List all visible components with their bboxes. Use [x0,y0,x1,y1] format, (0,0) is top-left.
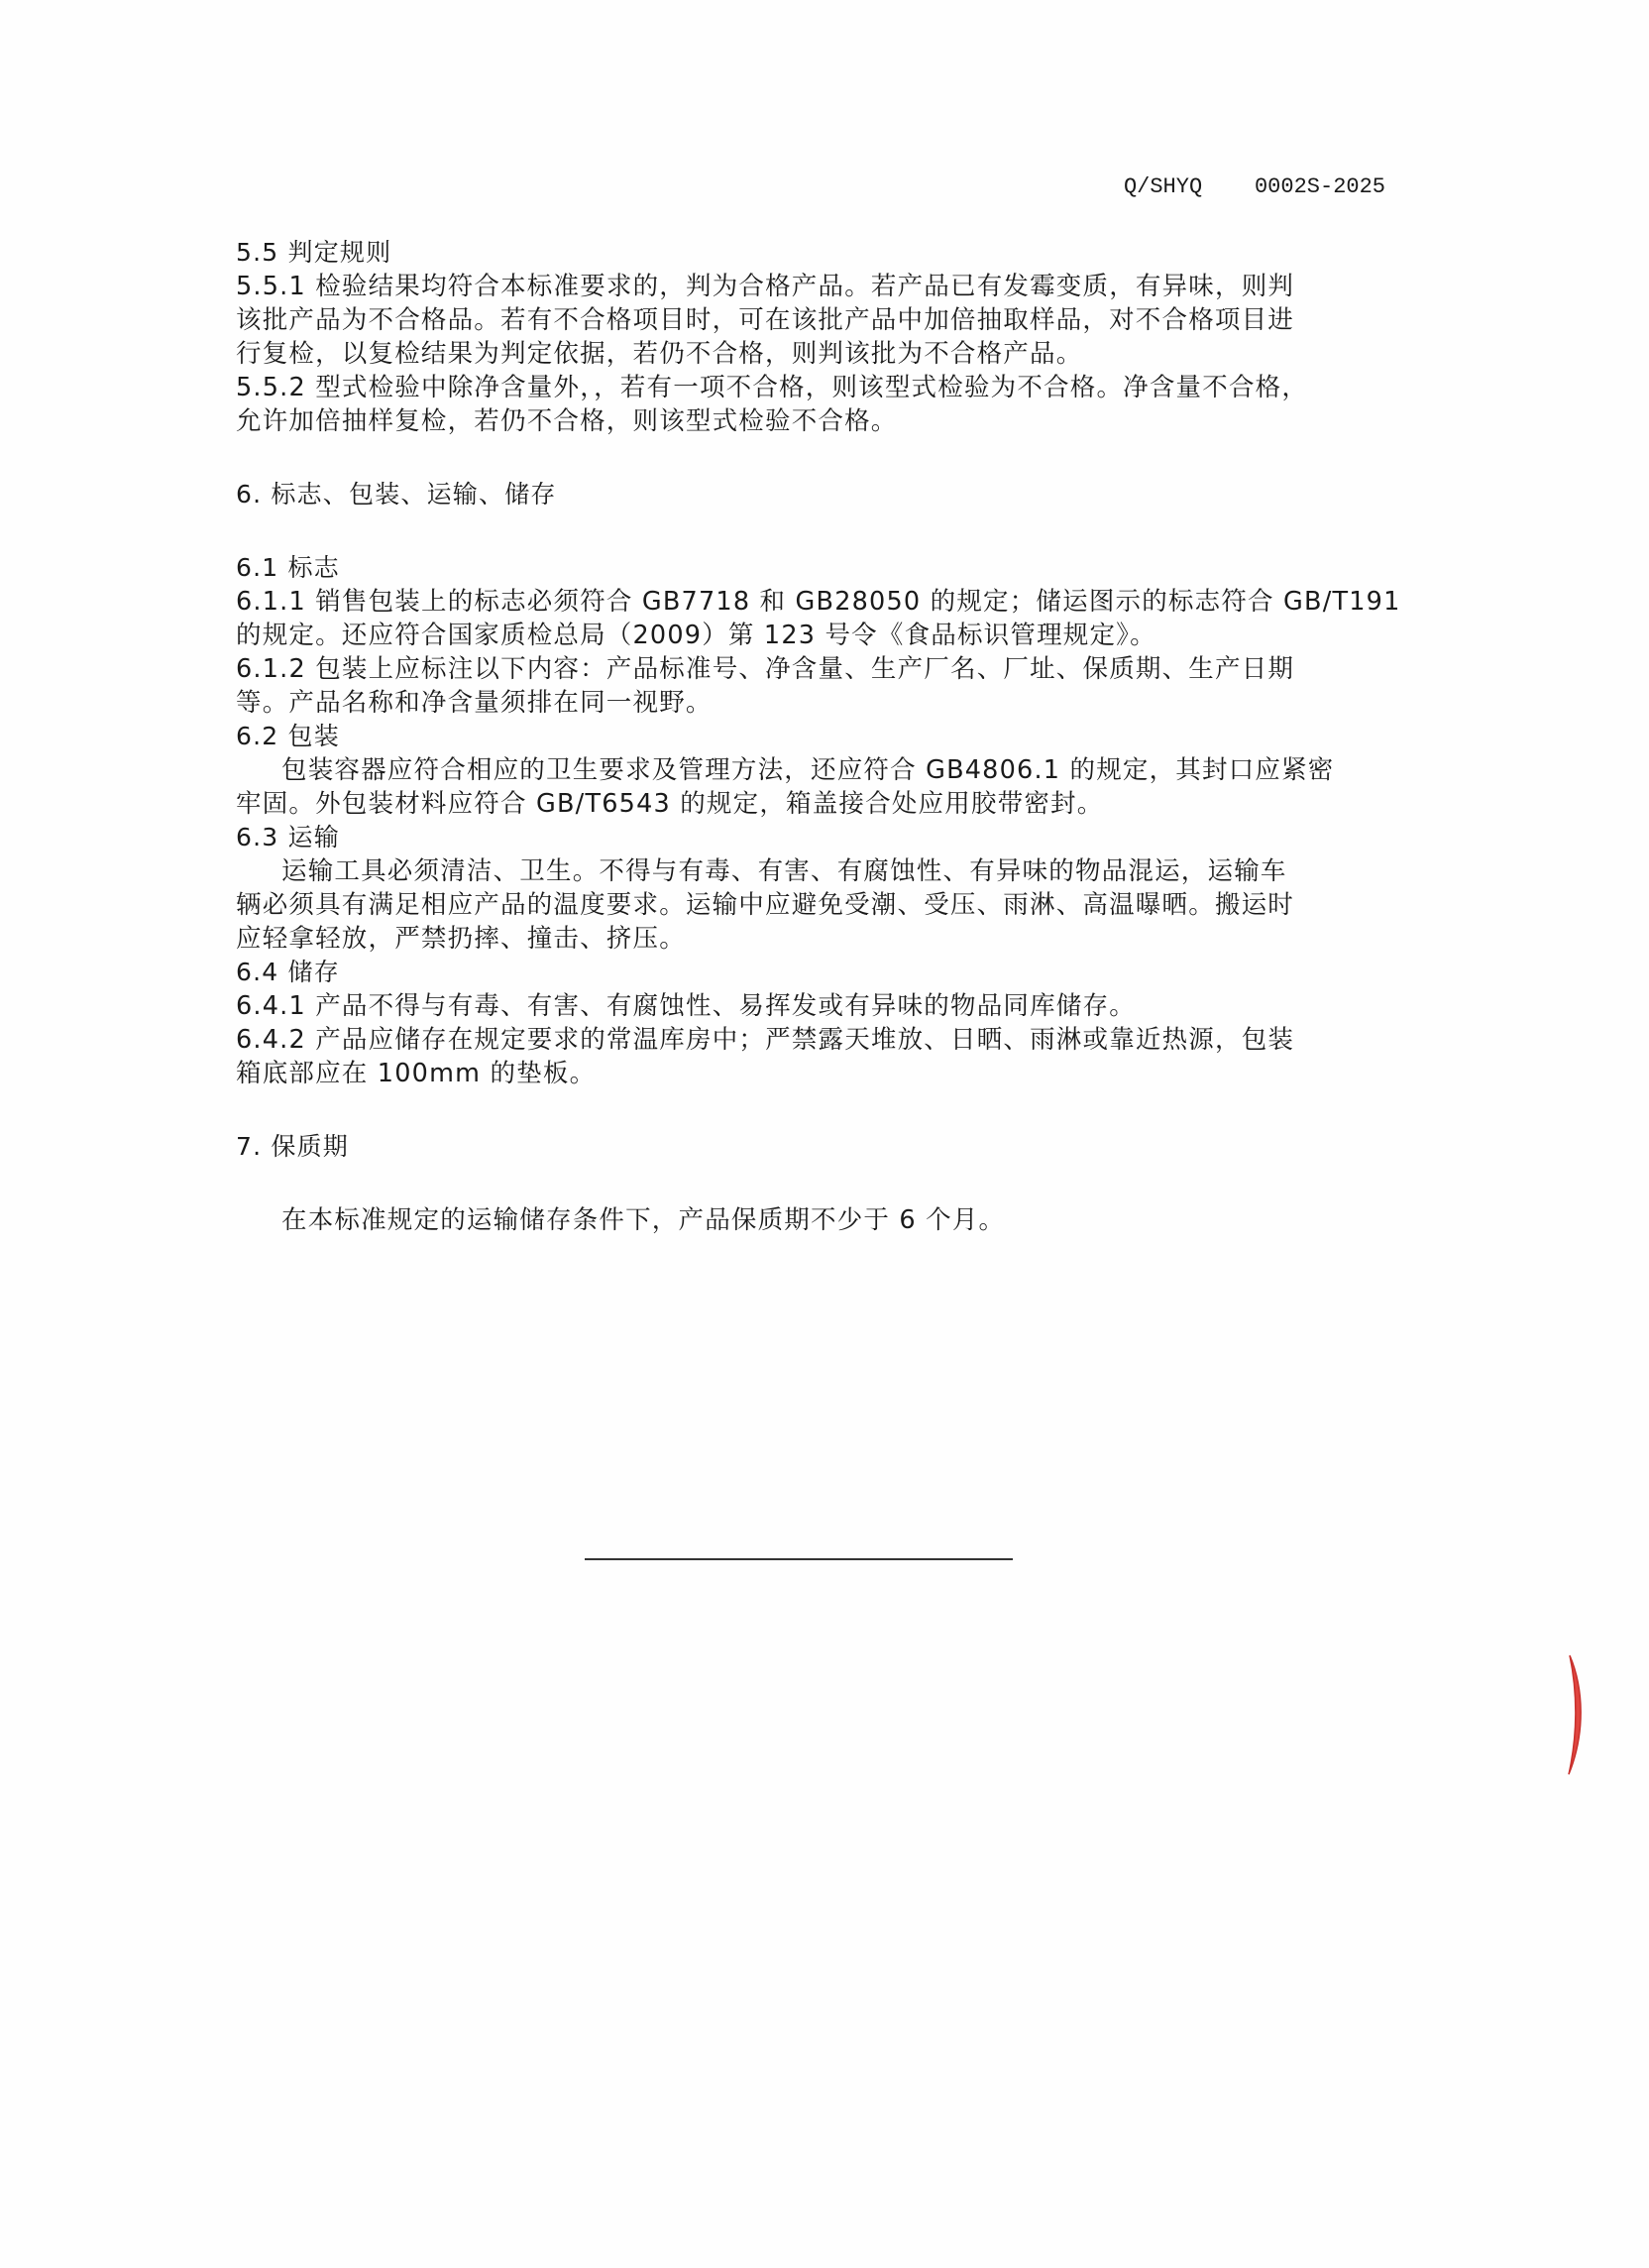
paragraph-6-3: 运输工具必须清洁、卫生。不得与有毒、有害、有腐蚀性、有异味的物品混运，运输车 辆… [236,854,1385,956]
end-of-document-rule [585,1558,1013,1560]
section-heading-6-2: 6.2 包装 [236,720,1385,753]
paragraph-5-5-1: 5.5.1 检验结果均符合本标准要求的，判为合格产品。若产品已有发霉变质，有异味… [236,270,1385,371]
text-line: 6.1.2 包装上应标注以下内容：产品标准号、净含量、生产厂名、厂址、保质期、生… [236,652,1385,686]
text-line: 的规定。还应符合国家质检总局（2009）第 123 号令《食品标识管理规定》。 [236,619,1385,652]
section-6-4: 6.4 储存 6.4.1 产品不得与有毒、有害、有腐蚀性、易挥发或有异味的物品同… [236,956,1385,1090]
section-6-2: 6.2 包装 包装容器应符合相应的卫生要求及管理方法，还应符合 GB4806.1… [236,720,1385,821]
paragraph-6-1-2: 6.1.2 包装上应标注以下内容：产品标准号、净含量、生产厂名、厂址、保质期、生… [236,652,1385,720]
spacer [236,1164,1385,1203]
red-seal-fragment-icon [1564,1653,1594,1777]
text-line: 包装容器应符合相应的卫生要求及管理方法，还应符合 GB4806.1 的规定，其封… [236,753,1385,787]
shelf-life-statement: 在本标准规定的运输储存条件下，产品保质期不少于 6 个月。 [236,1203,1385,1237]
text-line: 牢固。外包装材料应符合 GB/T6543 的规定，箱盖接合处应用胶带密封。 [236,787,1385,821]
section-5-5: 5.5 判定规则 5.5.1 检验结果均符合本标准要求的，判为合格产品。若产品已… [236,236,1385,438]
paragraph-5-5-2: 5.5.2 型式检验中除净含量外，，若有一项不合格，则该型式检验为不合格。净含量… [236,371,1385,438]
section-heading-5-5: 5.5 判定规则 [236,236,1385,270]
document-body: 5.5 判定规则 5.5.1 检验结果均符合本标准要求的，判为合格产品。若产品已… [236,236,1385,1237]
section-6-1: 6.1 标志 6.1.1 销售包装上的标志必须符合 GB7718 和 GB280… [236,551,1385,720]
text-line: 6.4.1 产品不得与有毒、有害、有腐蚀性、易挥发或有异味的物品同库储存。 [236,989,1385,1023]
text-line: 6.4.2 产品应储存在规定要求的常温库房中；严禁露天堆放、日晒、雨淋或靠近热源… [236,1023,1385,1057]
text-line: 等。产品名称和净含量须排在同一视野。 [236,686,1385,720]
text-line: 允许加倍抽样复检，若仍不合格，则该型式检验不合格。 [236,404,1385,438]
section-heading-6-3: 6.3 运输 [236,821,1385,854]
spacer [236,1090,1385,1130]
standard-code-header: Q/SHYQ 0002S-2025 [1124,174,1385,199]
spacer [236,511,1385,551]
section-heading-6-4: 6.4 储存 [236,956,1385,989]
paragraph-6-1-1: 6.1.1 销售包装上的标志必须符合 GB7718 和 GB28050 的规定；… [236,585,1385,652]
text-line: 5.5.1 检验结果均符合本标准要求的，判为合格产品。若产品已有发霉变质，有异味… [236,270,1385,303]
section-6-3: 6.3 运输 运输工具必须清洁、卫生。不得与有毒、有害、有腐蚀性、有异味的物品混… [236,821,1385,956]
document-page: Q/SHYQ 0002S-2025 5.5 判定规则 5.5.1 检验结果均符合… [0,0,1649,2268]
text-line: 运输工具必须清洁、卫生。不得与有毒、有害、有腐蚀性、有异味的物品混运，运输车 [236,854,1385,888]
text-line: 行复检，以复检结果为判定依据，若仍不合格，则判该批为不合格产品。 [236,337,1385,371]
section-heading-6-1: 6.1 标志 [236,551,1385,585]
paragraph-6-2: 包装容器应符合相应的卫生要求及管理方法，还应符合 GB4806.1 的规定，其封… [236,753,1385,821]
text-line: 该批产品为不合格品。若有不合格项目时，可在该批产品中加倍抽取样品，对不合格项目进 [236,303,1385,337]
text-line: 5.5.2 型式检验中除净含量外，，若有一项不合格，则该型式检验为不合格。净含量… [236,371,1385,404]
text-line: 应轻拿轻放，严禁扔摔、撞击、挤压。 [236,922,1385,956]
paragraph-6-4-1: 6.4.1 产品不得与有毒、有害、有腐蚀性、易挥发或有异味的物品同库储存。 [236,989,1385,1023]
text-line: 箱底部应在 100mm 的垫板。 [236,1057,1385,1090]
section-7: 7. 保质期 在本标准规定的运输储存条件下，产品保质期不少于 6 个月。 [236,1130,1385,1237]
section-heading-7: 7. 保质期 [236,1130,1385,1164]
spacer [236,438,1385,478]
section-heading-6: 6. 标志、包装、运输、储存 [236,478,1385,511]
text-line: 辆必须具有满足相应产品的温度要求。运输中应避免受潮、受压、雨淋、高温曝晒。搬运时 [236,888,1385,922]
text-line: 6.1.1 销售包装上的标志必须符合 GB7718 和 GB28050 的规定；… [236,585,1385,619]
paragraph-6-4-2: 6.4.2 产品应储存在规定要求的常温库房中；严禁露天堆放、日晒、雨淋或靠近热源… [236,1023,1385,1090]
